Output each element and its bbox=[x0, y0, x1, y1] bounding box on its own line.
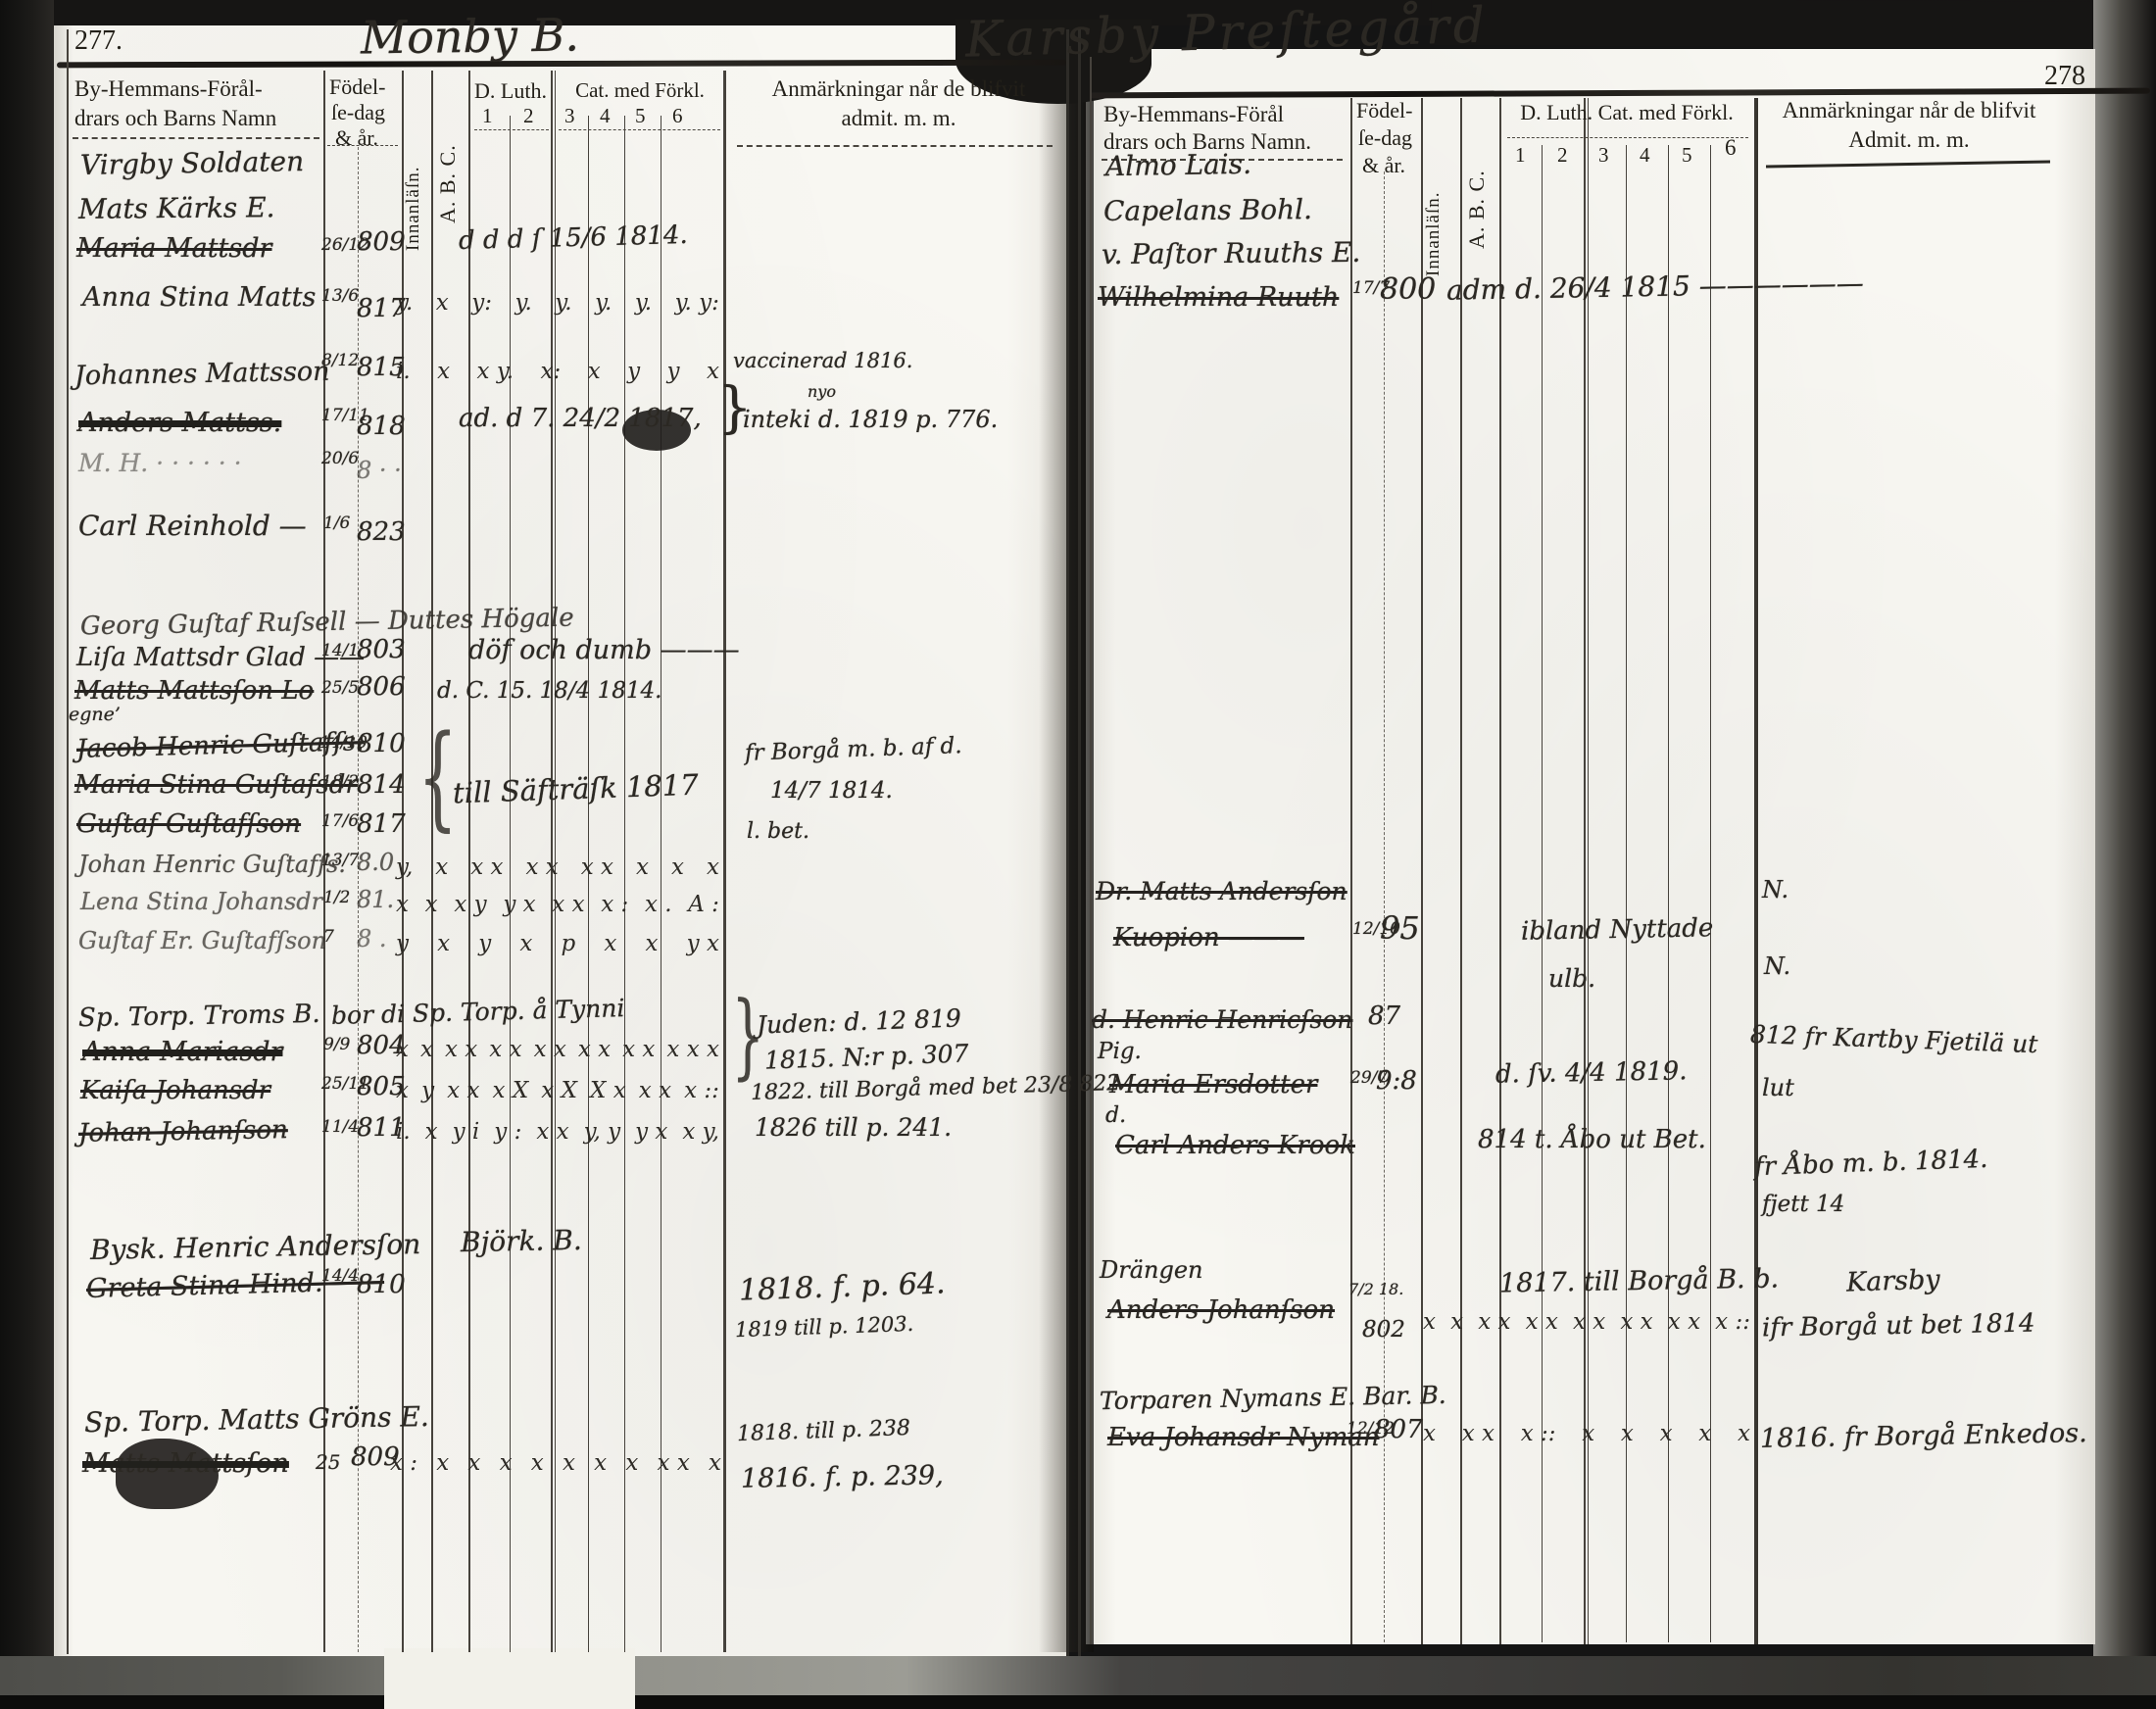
mark-cell: x x bbox=[1462, 1421, 1494, 1446]
mark-cell: x x bbox=[447, 1078, 479, 1103]
header-remarks-2: admit. m. m. bbox=[737, 106, 1060, 131]
header-names-2: drars och Barns Namn bbox=[74, 106, 276, 131]
birth-year: 806 bbox=[357, 672, 406, 702]
mark-cell: y bbox=[396, 931, 409, 956]
header-col-num-6: 6 bbox=[672, 104, 683, 128]
header-col-num-1: 1 bbox=[1515, 143, 1526, 168]
col-line bbox=[588, 116, 589, 1652]
mark-cell: y. y: bbox=[675, 290, 719, 316]
header-reading-vertical: Innanläſn. bbox=[1423, 100, 1445, 276]
remark: 1816. fr Borgå Enkedos. bbox=[1760, 1418, 2087, 1454]
header-underline bbox=[1507, 137, 1748, 138]
marks-row: xxx xx xx xx xx xx x x bbox=[396, 1037, 719, 1062]
mark-cell: x bbox=[1660, 1421, 1673, 1446]
mark-cell: x bbox=[707, 854, 719, 880]
entry-name: Anders Mattss. bbox=[78, 408, 281, 438]
mark-cell: x bbox=[396, 892, 409, 917]
marks-row: xx xx ::xxxxx bbox=[1423, 1421, 1750, 1446]
mark-cell: x bbox=[519, 931, 532, 956]
mark-cell: x x bbox=[1526, 1309, 1558, 1335]
mark-cell: i. bbox=[396, 1119, 411, 1145]
birth-year: 802 bbox=[1362, 1317, 1405, 1343]
col-line bbox=[1626, 145, 1627, 1642]
mark-cell: p bbox=[562, 931, 576, 956]
mark-cell: x bbox=[1423, 1309, 1436, 1335]
mark-cell: x bbox=[1450, 1309, 1463, 1335]
admission-note: ibland Nyttade bbox=[1521, 913, 1714, 946]
entry-name: Anna Mariasdr bbox=[82, 1037, 282, 1067]
remark: lut bbox=[1762, 1074, 1794, 1101]
mark-cell: x bbox=[531, 1450, 544, 1476]
remark: 1818. f. p. 64. bbox=[738, 1266, 946, 1307]
entry-name: M. H. · · · · · · bbox=[78, 449, 242, 477]
col-line bbox=[1710, 145, 1711, 1642]
entry-name: Johan Henric Guſtafſs. bbox=[78, 851, 346, 878]
admission-note: 814 t. Åbo ut Bet. bbox=[1478, 1125, 1706, 1154]
birth-day: 7/2 18. bbox=[1348, 1280, 1403, 1298]
marks-row: xyx xx Xx XX xx xx :: bbox=[396, 1078, 719, 1103]
remark: vaccinerad 1816. bbox=[733, 349, 912, 372]
header-abc-vertical: A. B. C. bbox=[435, 76, 461, 223]
mark-cell: x X bbox=[541, 1078, 577, 1103]
mark-cell: x x bbox=[489, 1037, 521, 1062]
mark-cell: y. bbox=[515, 290, 532, 316]
mark-cell: x :: bbox=[1715, 1309, 1750, 1335]
mark-cell: x bbox=[625, 1450, 638, 1476]
header-underline bbox=[737, 145, 1053, 147]
marks-row: x :xxxxxxxx xx bbox=[390, 1450, 721, 1476]
birth-day: 8/12 bbox=[321, 351, 359, 370]
mark-cell: x bbox=[437, 359, 450, 384]
entry-name: Maria Stina Guſtafsdr bbox=[74, 770, 358, 800]
mark-cell: y, y bbox=[584, 1119, 621, 1145]
birth-year: 817 bbox=[357, 809, 406, 839]
header-abc-vertical: A. B. C. bbox=[1464, 102, 1490, 249]
admission-note: 1817. till Borgå B. b. bbox=[1499, 1264, 1780, 1299]
birth-year: 800 bbox=[1380, 272, 1436, 307]
admission-note: d. C. 15. 18/4 1814. bbox=[437, 678, 661, 704]
header-names-1: By-Hemmans-Förål- bbox=[74, 76, 263, 102]
remark: inteki d. 1819 p. 776. bbox=[743, 406, 998, 433]
col-line bbox=[1350, 98, 1352, 1644]
mark-cell: y. bbox=[396, 290, 413, 316]
group-heading: Mats Kärks E. bbox=[78, 191, 275, 225]
marks-row: i.xx y.x:xyyx bbox=[396, 359, 719, 384]
admission-note: ad. d 7. 24/2 1817, bbox=[459, 404, 702, 433]
birth-day: 1/6 bbox=[323, 513, 350, 533]
mark-cell: x bbox=[435, 854, 448, 880]
header-col-num-6: 6 bbox=[1725, 135, 1737, 161]
header-col-num-4: 4 bbox=[1640, 143, 1650, 168]
mark-cell: x bbox=[436, 290, 449, 316]
group-heading: v. Paſtor Ruuths E. bbox=[1102, 236, 1361, 270]
group-heading: Almo Lais. bbox=[1105, 148, 1252, 183]
fold-line bbox=[1078, 29, 1081, 1656]
col-line bbox=[1668, 145, 1669, 1642]
birth-day: 20/6 bbox=[321, 449, 359, 468]
remark: 14/7 1814. bbox=[770, 778, 893, 804]
mark-cell: x bbox=[420, 1037, 433, 1062]
birth-day: 13/7 bbox=[321, 851, 359, 870]
admission-note: d d d ſ 15/6 1814. bbox=[459, 220, 688, 256]
mark-cell: y x bbox=[687, 931, 719, 956]
birth-day: 13/6 bbox=[321, 286, 359, 306]
mark-cell: y x bbox=[635, 1119, 667, 1145]
mark-cell: x x bbox=[622, 1037, 655, 1062]
mark-cell: x x x bbox=[666, 1037, 719, 1062]
page-number-left: 277. bbox=[74, 25, 122, 57]
mark-cell: x bbox=[671, 854, 684, 880]
mark-cell: x bbox=[709, 1450, 721, 1476]
mark-cell: x x bbox=[534, 1037, 566, 1062]
header-remarks-2: Admit. m. m. bbox=[1762, 127, 2056, 153]
header-dluth-cat: D. Luth. Cat. med Förkl. bbox=[1503, 100, 1750, 125]
entry-name: Johannes Mattsson bbox=[74, 357, 330, 392]
entry-name: Matts Mattsſon Lo bbox=[74, 676, 314, 706]
mark-cell: x bbox=[500, 1450, 513, 1476]
birth-day: 11/4 bbox=[321, 1117, 359, 1137]
admission-note: d. ſv. 4/4 1819. bbox=[1495, 1056, 1688, 1089]
group-heading: Bysk. Henric Andersſon bbox=[90, 1228, 421, 1266]
group-heading: Sp. Torp. Matts Gröns E. bbox=[84, 1400, 429, 1439]
mark-cell: x bbox=[436, 1450, 449, 1476]
mark-cell: x : bbox=[390, 1450, 417, 1476]
mark-cell: x bbox=[425, 1119, 438, 1145]
margin-note: egne’ bbox=[69, 704, 121, 725]
header-underline bbox=[73, 137, 319, 139]
mark-cell: x: bbox=[541, 359, 562, 384]
col-line-remarks bbox=[723, 71, 726, 1652]
mark-cell: x x bbox=[1668, 1309, 1700, 1335]
mark-cell: x x bbox=[470, 854, 503, 880]
fold-line bbox=[1066, 29, 1069, 1656]
header-birth-2: ſe-dag bbox=[331, 100, 385, 125]
entry-name: Maria Mattsdr bbox=[76, 233, 271, 264]
entry-name: Johan Johanſson bbox=[78, 1115, 288, 1148]
mark-cell: x x bbox=[1620, 1309, 1652, 1335]
entry-name: Carl Reinhold — bbox=[78, 510, 307, 542]
group-heading: Virgby Soldaten bbox=[80, 145, 305, 181]
birth-year: 8 . bbox=[357, 925, 387, 952]
mark-cell: y x bbox=[503, 892, 535, 917]
mark-cell: A : bbox=[688, 892, 719, 917]
scan-edge-top-right bbox=[1431, 0, 2156, 49]
birth-day: 17/6 bbox=[321, 811, 359, 831]
birth-year: 803 bbox=[357, 635, 406, 664]
mark-cell: x bbox=[646, 931, 659, 956]
birth-day: 25/5 bbox=[321, 678, 359, 698]
header-remarks-1: Anmärkningar når de blifvit bbox=[1762, 98, 2056, 123]
remark: 1816. f. p. 239, bbox=[741, 1460, 944, 1494]
remark-superscript: nyo bbox=[808, 382, 836, 401]
mark-cell: y. bbox=[555, 290, 571, 316]
mark-cell: X x bbox=[590, 1078, 626, 1103]
header-cat: Cat. med Förkl. bbox=[557, 78, 723, 103]
header-reading-vertical: Innanläſn. bbox=[403, 74, 424, 251]
group-heading: Capelans Bohl. bbox=[1103, 193, 1312, 227]
entry-name: Carl Anders Krook bbox=[1115, 1131, 1355, 1160]
mark-cell: y, bbox=[396, 854, 413, 880]
mark-cell: y bbox=[478, 931, 491, 956]
mark-cell: y: bbox=[471, 290, 492, 316]
page-title-left: Monby B. bbox=[361, 8, 580, 64]
birth-day: 18/2 bbox=[321, 772, 359, 792]
mark-cell: x y. bbox=[477, 359, 514, 384]
mark-cell: x y, bbox=[682, 1119, 719, 1145]
marks-row: xxx yy xx xx :x .A : bbox=[396, 892, 719, 917]
birth-year: 8.0 bbox=[357, 849, 394, 876]
mark-cell: x bbox=[467, 1450, 480, 1476]
birth-year: 81. bbox=[357, 886, 394, 913]
birth-day: 9/9 bbox=[323, 1035, 350, 1054]
header-birth-3: & år. bbox=[1362, 153, 1405, 178]
remark: N. bbox=[1762, 876, 1788, 903]
mark-cell: x bbox=[1582, 1421, 1594, 1446]
mark-cell: x x bbox=[526, 854, 559, 880]
birth-day: 14/1 bbox=[321, 641, 359, 660]
mark-cell: x bbox=[563, 1450, 575, 1476]
mark-cell: x bbox=[604, 931, 616, 956]
entry-name: Anders Johanſson bbox=[1107, 1295, 1335, 1325]
header-dluth: D. Luth. bbox=[470, 78, 551, 104]
mark-cell: x bbox=[1423, 1421, 1436, 1446]
col-line bbox=[624, 116, 625, 1652]
header-birth-1: Födel- bbox=[1356, 98, 1412, 123]
birth-year: 814 bbox=[357, 770, 406, 800]
header-birth-2: ſe-dag bbox=[1358, 125, 1412, 151]
birth-day: 25 bbox=[316, 1450, 340, 1474]
birth-year: 810 bbox=[357, 1270, 406, 1299]
col-line bbox=[1421, 98, 1423, 1644]
group-heading: Björk. B. bbox=[461, 1224, 582, 1258]
mark-cell: x x bbox=[536, 1119, 568, 1145]
header-col-num-1: 1 bbox=[482, 104, 493, 128]
mark-cell: x x bbox=[1478, 1309, 1510, 1335]
col-line bbox=[661, 116, 661, 1652]
header-names-1: By-Hemmans-Förål bbox=[1103, 102, 1284, 127]
admission-note: ulb. bbox=[1548, 964, 1595, 993]
header-underline bbox=[474, 129, 549, 130]
header-col-num-4: 4 bbox=[600, 104, 611, 128]
header-col-num-5: 5 bbox=[1682, 143, 1692, 168]
mark-cell: y. bbox=[635, 290, 652, 316]
mark-cell: y bbox=[667, 359, 680, 384]
mark-cell: y : bbox=[494, 1119, 521, 1145]
entry-name: Kuopion ——— bbox=[1113, 923, 1304, 952]
remark: l. bet. bbox=[747, 819, 809, 844]
admission-note: döf och dumb ——— bbox=[468, 635, 740, 665]
scanned-parish-register-spread: 277. 278 Monby B. Karsby Preſtegård By-H… bbox=[0, 0, 2156, 1709]
mark-cell: x x bbox=[581, 854, 613, 880]
entry-name: Dr. Matts Andersſon bbox=[1096, 877, 1347, 905]
mark-cell: x :: bbox=[684, 1078, 719, 1103]
group-heading: Torparen Nymans E. Bar. B. bbox=[1100, 1381, 1446, 1415]
mark-cell: x bbox=[396, 1037, 409, 1062]
admission-note: Karsby bbox=[1845, 1264, 1940, 1297]
header-remarks-1: Anmärkningar når de blifvit bbox=[737, 76, 1060, 102]
mark-cell: x x bbox=[1573, 1309, 1605, 1335]
birth-year: 95 bbox=[1380, 909, 1420, 947]
header-col-num-3: 3 bbox=[564, 104, 575, 128]
col-line bbox=[1499, 98, 1501, 1644]
marks-row: xxx xx xx xx xx xx :: bbox=[1423, 1309, 1750, 1335]
entry-name: Anna Stina Matts bbox=[82, 282, 316, 313]
scan-edge-right bbox=[2093, 0, 2156, 1709]
remark: N. bbox=[1764, 952, 1790, 980]
mark-cell: x : bbox=[601, 892, 628, 917]
birth-day: 7 bbox=[323, 927, 334, 947]
col-line-remarks bbox=[1754, 98, 1758, 1644]
mark-cell: y i bbox=[453, 1119, 480, 1145]
group-heading: Drängen bbox=[1100, 1256, 1203, 1284]
mark-cell: y. bbox=[595, 290, 612, 316]
birth-year: 807 bbox=[1374, 1415, 1423, 1444]
entry-name: d. bbox=[1105, 1103, 1126, 1128]
entry-name: Guſtaf Er. Guſtafſson bbox=[78, 927, 326, 954]
header-birth-1: Födel- bbox=[329, 74, 385, 100]
birth-year: 810 bbox=[357, 729, 406, 758]
mark-cell: x X bbox=[493, 1078, 529, 1103]
birth-year: 9:8 bbox=[1376, 1066, 1417, 1096]
header-col-num-5: 5 bbox=[635, 104, 646, 128]
col-line bbox=[67, 29, 69, 1654]
header-col-num-3: 3 bbox=[1598, 143, 1609, 168]
group-heading: Sp. Torp. Troms B. bbox=[78, 1000, 320, 1033]
mark-cell: x bbox=[1621, 1421, 1634, 1446]
mark-cell: x bbox=[594, 1450, 607, 1476]
entry-name: d. Henric Henricſson bbox=[1092, 1005, 1352, 1034]
marks-row: y.xy:y.y.y.y.y. y: bbox=[396, 290, 719, 316]
marks-row: yxyxpxxy x bbox=[396, 931, 719, 956]
header-col-num-2: 2 bbox=[523, 104, 534, 128]
remark: fjett 14 bbox=[1762, 1192, 1844, 1217]
mark-cell: x bbox=[425, 892, 438, 917]
mark-cell: x bbox=[1738, 1421, 1750, 1446]
mark-cell: i. bbox=[396, 359, 411, 384]
entry-name: Matts Mattsſon bbox=[82, 1448, 289, 1479]
mark-cell: x bbox=[437, 931, 450, 956]
scan-edge-bottom-black bbox=[0, 1695, 2156, 1709]
birth-year: 87 bbox=[1368, 1001, 1400, 1031]
mark-cell: x . bbox=[645, 892, 672, 917]
entry-name: Guſtaf Guſtafſson bbox=[76, 809, 301, 839]
col-line bbox=[510, 116, 511, 1652]
marks-row: y,xx xx xx xxxx bbox=[396, 854, 719, 880]
mark-cell: x x bbox=[639, 1078, 671, 1103]
marks-row: i.xy iy :x xy, yy xx y, bbox=[396, 1119, 719, 1145]
col-line bbox=[1090, 57, 1092, 1644]
mark-cell: x bbox=[636, 854, 649, 880]
mark-cell: x x bbox=[578, 1037, 611, 1062]
entry-name: Kaiſa Johansdr bbox=[80, 1076, 270, 1105]
col-line bbox=[1542, 145, 1543, 1642]
remark: 1826 till p. 241. bbox=[755, 1113, 952, 1142]
mark-cell: y bbox=[627, 359, 640, 384]
birth-day: 14/4 bbox=[321, 1266, 359, 1286]
scan-edge-left bbox=[0, 0, 54, 1709]
birth-year: 8 · · bbox=[357, 457, 402, 484]
header-col-num-2: 2 bbox=[1557, 143, 1568, 168]
mark-cell: x y bbox=[454, 892, 486, 917]
mark-cell: x bbox=[1698, 1421, 1711, 1446]
bottom-paper-slip bbox=[384, 1648, 635, 1709]
entry-name: Eva Johansdr Nyman bbox=[1107, 1423, 1380, 1452]
birth-day: 1/2 bbox=[323, 888, 350, 907]
entry-name: Lena Stina Johansdr bbox=[80, 888, 322, 915]
header-birth-3: & år. bbox=[335, 125, 378, 151]
mark-cell: x bbox=[396, 1078, 409, 1103]
mark-cell: x :: bbox=[1521, 1421, 1556, 1446]
mark-cell: x x bbox=[552, 892, 584, 917]
birth-year: 823 bbox=[357, 517, 406, 547]
entry-name: Maria Ersdotter bbox=[1109, 1070, 1317, 1099]
remark: ifr Borgå ut bet 1814 bbox=[1762, 1309, 2035, 1343]
mark-cell: y bbox=[421, 1078, 434, 1103]
mark-cell: x x bbox=[445, 1037, 477, 1062]
col-line bbox=[1588, 98, 1589, 1644]
col-line bbox=[1460, 98, 1462, 1644]
entry-name: Pig. bbox=[1098, 1039, 1142, 1064]
birth-year: 818 bbox=[357, 412, 406, 441]
entry-name: Wilhelmina Ruuth bbox=[1098, 282, 1339, 313]
page-number-right: 278 bbox=[2044, 61, 2085, 92]
mark-cell: x bbox=[588, 359, 601, 384]
col-line bbox=[1584, 98, 1586, 1644]
birth-year: 809 bbox=[357, 227, 406, 257]
mark-cell: x x bbox=[658, 1450, 690, 1476]
header-underline bbox=[559, 129, 720, 130]
